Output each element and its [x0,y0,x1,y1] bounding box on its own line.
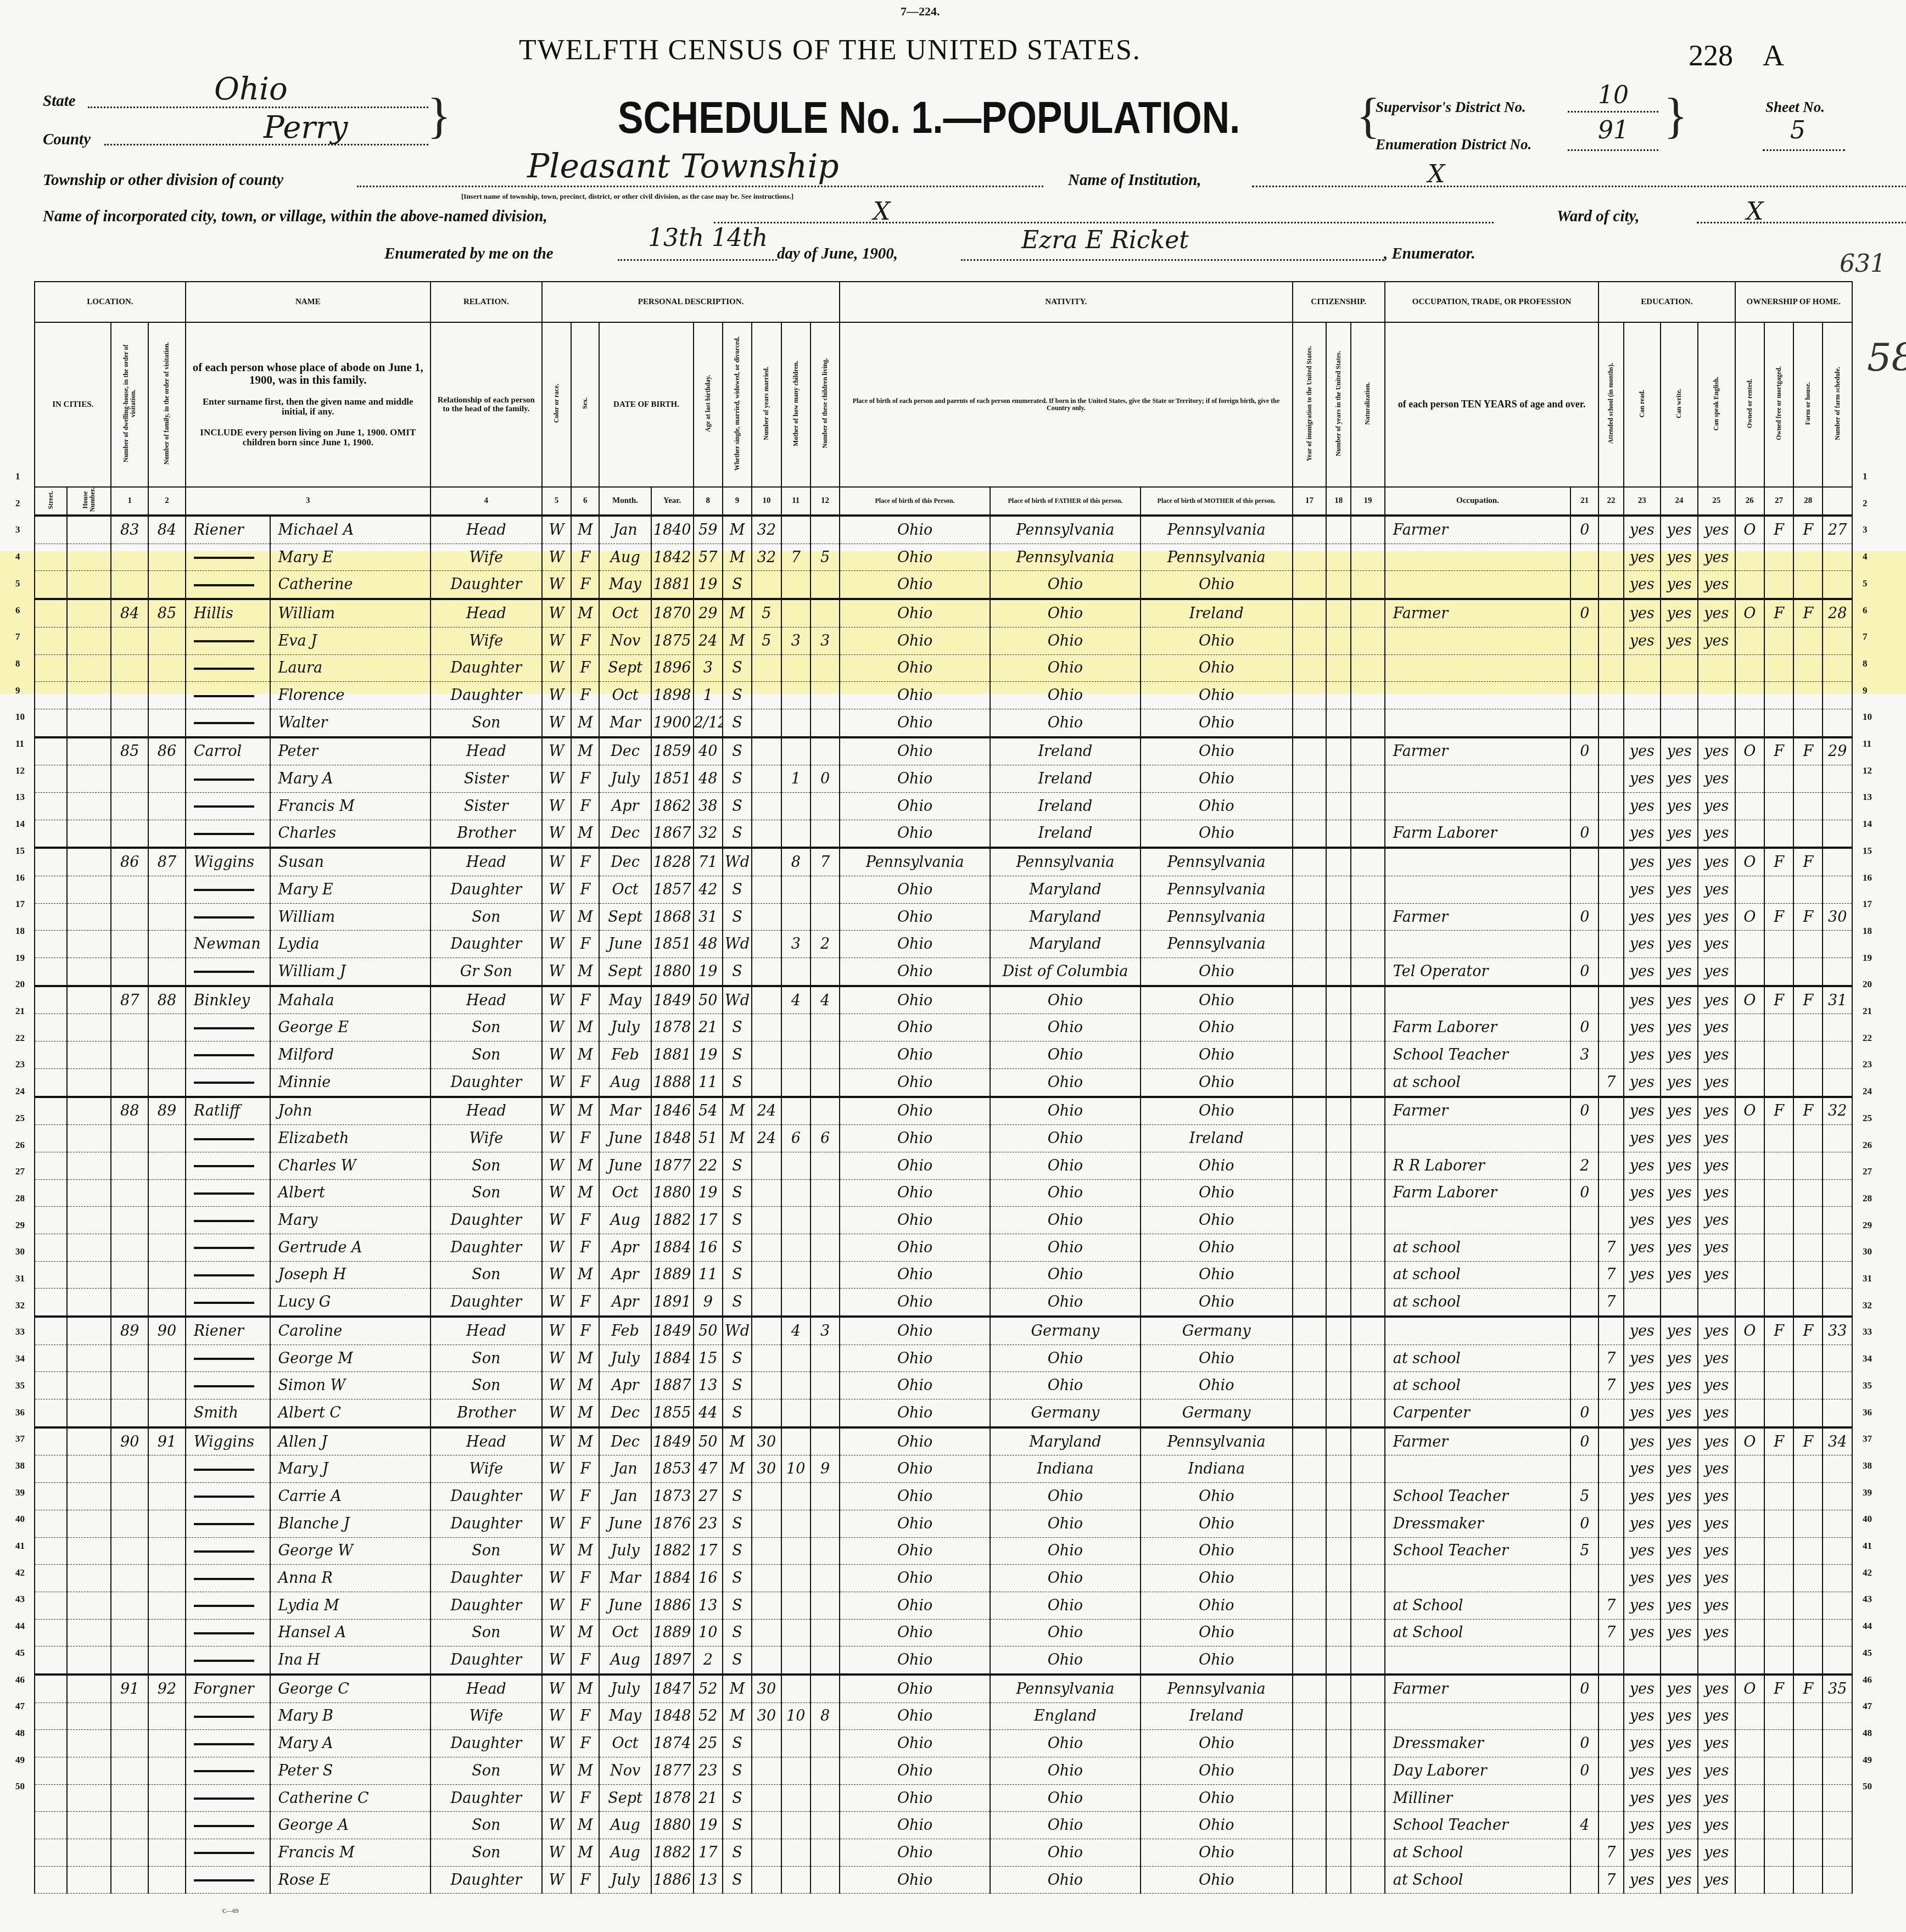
color-cell[interactable]: W [542,1014,571,1041]
farm-house-cell[interactable] [1793,820,1823,848]
can-write-cell[interactable]: yes [1661,599,1698,627]
mother-birthplace-cell[interactable]: Pennsylvania [1141,876,1293,904]
months-unemployed-cell[interactable] [1570,1345,1598,1372]
immigration-year-cell[interactable] [1293,1730,1327,1757]
given-name-cell[interactable]: Albert C [270,1399,431,1427]
farm-house-cell[interactable] [1793,709,1823,737]
children-living-cell[interactable] [811,1372,840,1399]
can-speak-english-cell[interactable]: yes [1698,1179,1735,1207]
owned-rented-cell[interactable] [1735,1399,1764,1427]
color-cell[interactable]: W [542,958,571,986]
birth-month-cell[interactable]: Aug [599,1207,651,1234]
birthplace-cell[interactable]: Ohio [840,1041,990,1069]
can-read-cell[interactable]: yes [1624,1510,1661,1537]
street-cell[interactable] [35,544,67,571]
age-cell[interactable]: 59 [694,516,723,544]
can-speak-english-cell[interactable]: yes [1698,1317,1735,1345]
family-number-cell[interactable] [148,1537,186,1565]
house-number-cell[interactable] [67,986,111,1014]
occupation-cell[interactable]: Farmer [1385,516,1570,544]
can-read-cell[interactable]: yes [1624,1261,1661,1289]
occupation-cell[interactable] [1385,765,1570,793]
months-unemployed-cell[interactable] [1570,986,1598,1014]
family-number-cell[interactable] [148,1014,186,1041]
immigration-year-cell[interactable] [1293,1345,1327,1372]
marital-status-cell[interactable]: M [723,1125,752,1152]
father-birthplace-cell[interactable]: Ohio [990,1068,1141,1096]
street-cell[interactable] [35,1565,67,1592]
given-name-cell[interactable]: Mary B [270,1703,431,1730]
attended-school-cell[interactable] [1598,1317,1623,1345]
birth-month-cell[interactable]: Dec [599,1399,651,1427]
can-read-cell[interactable]: yes [1624,1866,1661,1894]
birth-month-cell[interactable]: May [599,1703,651,1730]
mother-of-cell[interactable]: 3 [781,627,811,654]
house-number-cell[interactable] [67,820,111,848]
farm-house-cell[interactable] [1793,544,1823,571]
owned-rented-cell[interactable]: O [1735,848,1764,876]
dwelling-number-cell[interactable] [111,1014,148,1041]
birth-year-cell[interactable]: 1859 [651,737,694,765]
birth-year-cell[interactable]: 1857 [651,876,694,904]
sex-cell[interactable]: F [571,1510,599,1537]
owned-free-cell[interactable]: F [1764,1427,1793,1455]
mother-of-cell[interactable] [781,599,811,627]
color-cell[interactable]: W [542,1068,571,1096]
street-cell[interactable] [35,765,67,793]
children-living-cell[interactable] [811,1041,840,1069]
can-speak-english-cell[interactable]: yes [1698,627,1735,654]
sex-cell[interactable]: F [571,1565,599,1592]
children-living-cell[interactable] [811,1483,840,1510]
mother-birthplace-cell[interactable]: Ohio [1141,1812,1293,1839]
marital-status-cell[interactable]: S [723,765,752,793]
birth-month-cell[interactable]: Feb [599,1317,651,1345]
years-married-cell[interactable] [752,931,781,958]
house-number-cell[interactable] [67,1234,111,1261]
owned-rented-cell[interactable]: O [1735,1097,1764,1125]
children-living-cell[interactable] [811,903,840,931]
birth-month-cell[interactable]: June [599,931,651,958]
naturalization-cell[interactable] [1351,848,1385,876]
birthplace-cell[interactable]: Ohio [840,1125,990,1152]
can-read-cell[interactable]: yes [1624,1675,1661,1703]
family-number-cell[interactable]: 87 [148,848,186,876]
house-number-cell[interactable] [67,1261,111,1289]
color-cell[interactable]: W [542,903,571,931]
given-name-cell[interactable]: George M [270,1345,431,1372]
color-cell[interactable]: W [542,1041,571,1069]
farm-schedule-cell[interactable] [1823,571,1852,599]
mother-birthplace-cell[interactable]: Ohio [1141,1510,1293,1537]
age-cell[interactable]: 29 [694,599,723,627]
can-speak-english-cell[interactable]: yes [1698,931,1735,958]
color-cell[interactable]: W [542,931,571,958]
father-birthplace-cell[interactable]: Ohio [990,654,1141,682]
dwelling-number-cell[interactable]: 83 [111,516,148,544]
family-number-cell[interactable] [148,1592,186,1619]
family-number-cell[interactable] [148,571,186,599]
attended-school-cell[interactable] [1598,1647,1623,1675]
can-write-cell[interactable]: yes [1661,1068,1698,1096]
marital-status-cell[interactable]: M [723,1675,752,1703]
occupation-cell[interactable] [1385,1647,1570,1675]
attended-school-cell[interactable] [1598,1730,1623,1757]
months-unemployed-cell[interactable]: 0 [1570,1757,1598,1785]
farm-schedule-cell[interactable] [1823,1041,1852,1069]
mother-birthplace-cell[interactable]: Ohio [1141,1866,1293,1894]
years-in-us-cell[interactable] [1326,1179,1351,1207]
dwelling-number-cell[interactable] [111,654,148,682]
relation-cell[interactable]: Wife [431,1125,542,1152]
birth-year-cell[interactable]: 1882 [651,1839,694,1867]
mother-of-cell[interactable] [781,1647,811,1675]
immigration-year-cell[interactable] [1293,1757,1327,1785]
sex-cell[interactable]: F [571,654,599,682]
farm-house-cell[interactable] [1793,1261,1823,1289]
dwelling-number-cell[interactable] [111,1483,148,1510]
mother-of-cell[interactable] [781,1757,811,1785]
street-cell[interactable] [35,516,67,544]
dwelling-number-cell[interactable] [111,1619,148,1647]
naturalization-cell[interactable] [1351,1703,1385,1730]
farm-house-cell[interactable]: F [1793,1097,1823,1125]
months-unemployed-cell[interactable]: 5 [1570,1483,1598,1510]
house-number-cell[interactable] [67,1097,111,1125]
relation-cell[interactable]: Head [431,1097,542,1125]
attended-school-cell[interactable] [1598,958,1623,986]
months-unemployed-cell[interactable] [1570,682,1598,709]
birth-year-cell[interactable]: 1886 [651,1866,694,1894]
sex-cell[interactable]: F [571,765,599,793]
relation-cell[interactable]: Head [431,986,542,1014]
mother-birthplace-cell[interactable]: Ohio [1141,820,1293,848]
can-speak-english-cell[interactable]: yes [1698,1399,1735,1427]
mother-birthplace-cell[interactable]: Ohio [1141,1152,1293,1179]
house-number-cell[interactable] [67,1427,111,1455]
mother-birthplace-cell[interactable]: Ohio [1141,1261,1293,1289]
farm-schedule-cell[interactable] [1823,792,1852,820]
can-write-cell[interactable] [1661,709,1698,737]
relation-cell[interactable]: Sister [431,765,542,793]
years-in-us-cell[interactable] [1326,1399,1351,1427]
owned-rented-cell[interactable] [1735,1207,1764,1234]
owned-rented-cell[interactable] [1735,1152,1764,1179]
naturalization-cell[interactable] [1351,737,1385,765]
immigration-year-cell[interactable] [1293,571,1327,599]
can-write-cell[interactable]: yes [1661,1234,1698,1261]
house-number-cell[interactable] [67,1703,111,1730]
naturalization-cell[interactable] [1351,544,1385,571]
immigration-year-cell[interactable] [1293,1372,1327,1399]
family-number-cell[interactable]: 85 [148,599,186,627]
naturalization-cell[interactable] [1351,958,1385,986]
relation-cell[interactable]: Wife [431,627,542,654]
can-read-cell[interactable]: yes [1624,1565,1661,1592]
age-cell[interactable]: 47 [694,1455,723,1483]
color-cell[interactable]: W [542,1317,571,1345]
marital-status-cell[interactable]: S [723,1537,752,1565]
can-speak-english-cell[interactable] [1698,709,1735,737]
farm-schedule-cell[interactable] [1823,1399,1852,1427]
given-name-cell[interactable]: Milford [270,1041,431,1069]
given-name-cell[interactable]: Joseph H [270,1261,431,1289]
given-name-cell[interactable]: Susan [270,848,431,876]
birth-year-cell[interactable]: 1876 [651,1510,694,1537]
birthplace-cell[interactable]: Ohio [840,571,990,599]
can-read-cell[interactable]: yes [1624,1483,1661,1510]
mother-birthplace-cell[interactable]: Pennsylvania [1141,903,1293,931]
birth-month-cell[interactable]: Apr [599,1372,651,1399]
can-speak-english-cell[interactable]: yes [1698,1565,1735,1592]
father-birthplace-cell[interactable]: Ohio [990,1730,1141,1757]
birthplace-cell[interactable]: Ohio [840,1014,990,1041]
family-number-cell[interactable] [148,1619,186,1647]
mother-of-cell[interactable]: 10 [781,1703,811,1730]
occupation-cell[interactable] [1385,876,1570,904]
children-living-cell[interactable] [811,1730,840,1757]
age-cell[interactable]: 23 [694,1510,723,1537]
birth-year-cell[interactable]: 1884 [651,1565,694,1592]
house-number-cell[interactable] [67,1152,111,1179]
age-cell[interactable]: 32 [694,820,723,848]
relation-cell[interactable]: Head [431,1427,542,1455]
birth-month-cell[interactable]: Sept [599,654,651,682]
can-speak-english-cell[interactable]: yes [1698,1510,1735,1537]
birth-month-cell[interactable]: Mar [599,709,651,737]
can-write-cell[interactable]: yes [1661,1427,1698,1455]
birth-month-cell[interactable]: Oct [599,1619,651,1647]
color-cell[interactable]: W [542,1261,571,1289]
immigration-year-cell[interactable] [1293,1234,1327,1261]
immigration-year-cell[interactable] [1293,876,1327,904]
color-cell[interactable]: W [542,516,571,544]
mother-birthplace-cell[interactable]: Germany [1141,1399,1293,1427]
can-read-cell[interactable]: yes [1624,1345,1661,1372]
occupation-cell[interactable] [1385,1207,1570,1234]
can-speak-english-cell[interactable]: yes [1698,1345,1735,1372]
birth-year-cell[interactable]: 1880 [651,958,694,986]
can-write-cell[interactable]: yes [1661,1399,1698,1427]
surname-cell[interactable] [186,1455,270,1483]
marital-status-cell[interactable]: S [723,1647,752,1675]
can-read-cell[interactable]: yes [1624,1839,1661,1867]
owned-rented-cell[interactable]: O [1735,1427,1764,1455]
surname-cell[interactable] [186,1014,270,1041]
can-speak-english-cell[interactable]: yes [1698,1619,1735,1647]
children-living-cell[interactable] [811,737,840,765]
mother-birthplace-cell[interactable]: Pennsylvania [1141,848,1293,876]
sheet-value[interactable]: 5 [1790,116,1806,144]
age-cell[interactable]: 17 [694,1207,723,1234]
marital-status-cell[interactable]: M [723,599,752,627]
farm-house-cell[interactable] [1793,1757,1823,1785]
can-write-cell[interactable]: yes [1661,986,1698,1014]
age-cell[interactable]: 11 [694,1261,723,1289]
children-living-cell[interactable] [811,1207,840,1234]
naturalization-cell[interactable] [1351,1784,1385,1812]
can-read-cell[interactable]: yes [1624,903,1661,931]
father-birthplace-cell[interactable]: Germany [990,1317,1141,1345]
family-number-cell[interactable] [148,1703,186,1730]
relation-cell[interactable]: Son [431,1261,542,1289]
birthplace-cell[interactable]: Ohio [840,1592,990,1619]
months-unemployed-cell[interactable] [1570,1866,1598,1894]
birth-month-cell[interactable]: May [599,571,651,599]
mother-of-cell[interactable] [781,1619,811,1647]
birth-month-cell[interactable]: Dec [599,737,651,765]
sex-cell[interactable]: M [571,1041,599,1069]
birth-year-cell[interactable]: 1881 [651,1041,694,1069]
marital-status-cell[interactable]: S [723,571,752,599]
given-name-cell[interactable]: Hansel A [270,1619,431,1647]
street-cell[interactable] [35,1839,67,1867]
age-cell[interactable]: 1 [694,682,723,709]
house-number-cell[interactable] [67,876,111,904]
family-number-cell[interactable] [148,1179,186,1207]
owned-free-cell[interactable] [1764,1565,1793,1592]
months-unemployed-cell[interactable] [1570,792,1598,820]
street-cell[interactable] [35,1592,67,1619]
mother-birthplace-cell[interactable]: Germany [1141,1317,1293,1345]
years-in-us-cell[interactable] [1326,1317,1351,1345]
relation-cell[interactable]: Daughter [431,1784,542,1812]
naturalization-cell[interactable] [1351,792,1385,820]
color-cell[interactable]: W [542,654,571,682]
color-cell[interactable]: W [542,1757,571,1785]
farm-house-cell[interactable]: F [1793,1317,1823,1345]
children-living-cell[interactable]: 2 [811,931,840,958]
given-name-cell[interactable]: Rose E [270,1866,431,1894]
family-number-cell[interactable] [148,709,186,737]
given-name-cell[interactable]: George C [270,1675,431,1703]
surname-cell[interactable] [186,654,270,682]
can-speak-english-cell[interactable] [1698,682,1735,709]
relation-cell[interactable]: Son [431,1839,542,1867]
color-cell[interactable]: W [542,1647,571,1675]
marital-status-cell[interactable]: Wd [723,848,752,876]
immigration-year-cell[interactable] [1293,599,1327,627]
color-cell[interactable]: W [542,599,571,627]
can-read-cell[interactable]: yes [1624,1234,1661,1261]
months-unemployed-cell[interactable] [1570,1261,1598,1289]
years-married-cell[interactable] [752,654,781,682]
years-in-us-cell[interactable] [1326,1041,1351,1069]
can-read-cell[interactable]: yes [1624,1152,1661,1179]
surname-cell[interactable] [186,1812,270,1839]
mother-of-cell[interactable] [781,903,811,931]
age-cell[interactable]: 11 [694,1068,723,1096]
street-cell[interactable] [35,1399,67,1427]
years-married-cell[interactable] [752,986,781,1014]
can-read-cell[interactable]: yes [1624,958,1661,986]
can-read-cell[interactable]: yes [1624,737,1661,765]
can-speak-english-cell[interactable]: yes [1698,1152,1735,1179]
color-cell[interactable]: W [542,1537,571,1565]
farm-schedule-cell[interactable] [1823,1510,1852,1537]
relation-cell[interactable]: Daughter [431,1647,542,1675]
can-speak-english-cell[interactable]: yes [1698,903,1735,931]
sex-cell[interactable]: F [571,571,599,599]
given-name-cell[interactable]: George E [270,1014,431,1041]
years-married-cell[interactable] [752,1730,781,1757]
immigration-year-cell[interactable] [1293,1317,1327,1345]
years-married-cell[interactable] [752,958,781,986]
occupation-cell[interactable]: at school [1385,1234,1570,1261]
immigration-year-cell[interactable] [1293,1537,1327,1565]
given-name-cell[interactable]: Lucy G [270,1289,431,1317]
surname-cell[interactable] [186,1592,270,1619]
sex-cell[interactable]: F [571,931,599,958]
age-cell[interactable]: 16 [694,1565,723,1592]
can-write-cell[interactable]: yes [1661,1812,1698,1839]
sex-cell[interactable]: M [571,1839,599,1867]
mother-birthplace-cell[interactable]: Ohio [1141,1014,1293,1041]
birth-year-cell[interactable]: 1840 [651,516,694,544]
owned-free-cell[interactable] [1764,1839,1793,1867]
father-birthplace-cell[interactable]: Maryland [990,876,1141,904]
mother-birthplace-cell[interactable]: Pennsylvania [1141,1675,1293,1703]
birth-year-cell[interactable]: 1849 [651,986,694,1014]
years-in-us-cell[interactable] [1326,544,1351,571]
house-number-cell[interactable] [67,654,111,682]
birth-year-cell[interactable]: 1870 [651,599,694,627]
years-married-cell[interactable]: 30 [752,1703,781,1730]
attended-school-cell[interactable] [1598,516,1623,544]
house-number-cell[interactable] [67,792,111,820]
sex-cell[interactable]: F [571,682,599,709]
sex-cell[interactable]: F [571,1647,599,1675]
birthplace-cell[interactable]: Ohio [840,1345,990,1372]
mother-birthplace-cell[interactable]: Ohio [1141,1207,1293,1234]
immigration-year-cell[interactable] [1293,1455,1327,1483]
sex-cell[interactable]: M [571,709,599,737]
color-cell[interactable]: W [542,1675,571,1703]
years-married-cell[interactable]: 30 [752,1427,781,1455]
birth-year-cell[interactable]: 1877 [651,1152,694,1179]
owned-rented-cell[interactable]: O [1735,1317,1764,1345]
marital-status-cell[interactable]: M [723,1455,752,1483]
birth-year-cell[interactable]: 1849 [651,1317,694,1345]
family-number-cell[interactable] [148,627,186,654]
street-cell[interactable] [35,1703,67,1730]
family-number-cell[interactable] [148,1207,186,1234]
farm-schedule-cell[interactable] [1823,820,1852,848]
can-write-cell[interactable]: yes [1661,1097,1698,1125]
years-married-cell[interactable] [752,848,781,876]
months-unemployed-cell[interactable]: 4 [1570,1812,1598,1839]
owned-free-cell[interactable]: F [1764,599,1793,627]
house-number-cell[interactable] [67,1619,111,1647]
years-in-us-cell[interactable] [1326,571,1351,599]
sex-cell[interactable]: M [571,820,599,848]
birth-month-cell[interactable]: Feb [599,1041,651,1069]
dwelling-number-cell[interactable] [111,1510,148,1537]
given-name-cell[interactable]: Simon W [270,1372,431,1399]
owned-free-cell[interactable] [1764,931,1793,958]
attended-school-cell[interactable] [1598,1041,1623,1069]
years-married-cell[interactable] [752,1068,781,1096]
owned-free-cell[interactable]: F [1764,737,1793,765]
can-read-cell[interactable]: yes [1624,516,1661,544]
state-value[interactable]: Ohio [214,71,288,107]
farm-schedule-cell[interactable]: 32 [1823,1097,1852,1125]
owned-free-cell[interactable]: F [1764,1675,1793,1703]
surname-cell[interactable] [186,1866,270,1894]
age-cell[interactable]: 24 [694,627,723,654]
street-cell[interactable] [35,1207,67,1234]
sex-cell[interactable]: M [571,737,599,765]
